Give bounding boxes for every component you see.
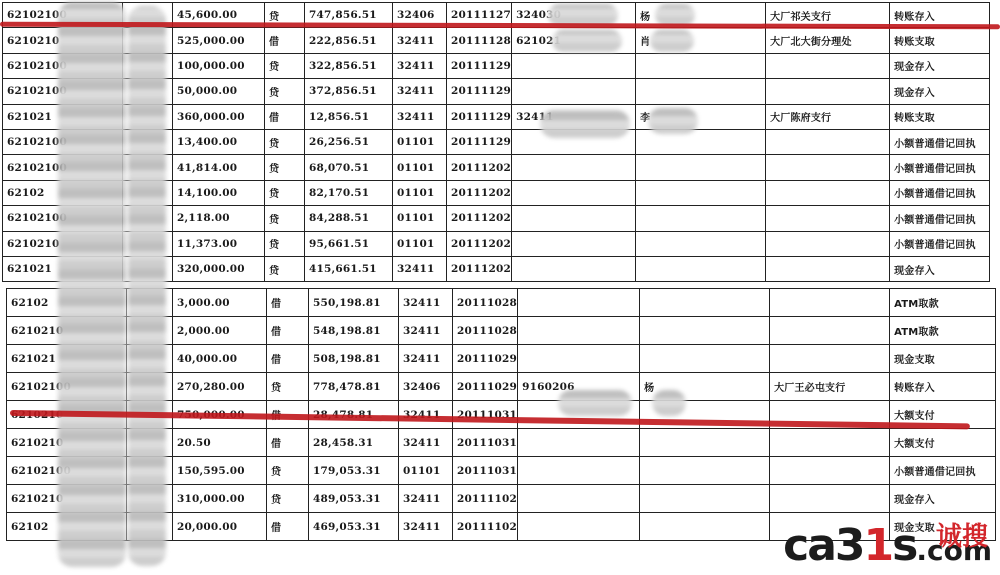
balance-cell: 778,478.81 [309, 373, 399, 401]
counterparty-name-cell [636, 180, 766, 205]
debit-credit-cell: 贷 [265, 155, 305, 180]
memo-cell: 小额普通借记回执 [890, 231, 990, 256]
code-cell: 32411 [393, 256, 447, 281]
watermark-suffix: s [892, 520, 916, 571]
date-cell: 20111129 [447, 129, 512, 154]
counterparty-account-cell [512, 206, 636, 231]
memo-cell: 大额支付 [890, 429, 996, 457]
debit-credit-cell: 贷 [265, 256, 305, 281]
debit-credit-cell: 借 [267, 317, 309, 345]
counterparty-bank-cell [766, 79, 890, 104]
counterparty-bank-cell [766, 231, 890, 256]
memo-cell: 小额普通借记回执 [890, 180, 990, 205]
counterparty-account-cell [512, 53, 636, 78]
balance-cell: 372,856.51 [305, 79, 393, 104]
counterparty-bank-cell [766, 180, 890, 205]
watermark-logo: 诚搜 ca31s.com [783, 520, 992, 571]
date-cell: 20111031 [453, 429, 518, 457]
counterparty-name-cell [640, 485, 770, 513]
amount-cell: 310,000.00 [173, 485, 267, 513]
balance-cell: 508,198.81 [309, 345, 399, 373]
date-cell: 20111102 [453, 513, 518, 541]
balance-cell: 548,198.81 [309, 317, 399, 345]
amount-cell: 50,000.00 [173, 79, 265, 104]
date-cell: 20111129 [447, 79, 512, 104]
memo-cell: 小额普通借记回执 [890, 457, 996, 485]
debit-credit-cell: 贷 [265, 206, 305, 231]
counterparty-account-cell [518, 457, 640, 485]
amount-cell: 20.50 [173, 429, 267, 457]
memo-cell: ATM取款 [890, 289, 996, 317]
counterparty-bank-cell [766, 155, 890, 180]
counterparty-name-cell [640, 345, 770, 373]
debit-credit-cell: 贷 [267, 457, 309, 485]
amount-cell: 150,595.00 [173, 457, 267, 485]
counterparty-bank-cell [770, 317, 890, 345]
code-cell: 01101 [393, 206, 447, 231]
amount-cell: 3,000.00 [173, 289, 267, 317]
counterparty-bank-cell [770, 485, 890, 513]
memo-cell: 小额普通借记回执 [890, 206, 990, 231]
privacy-mosaic-cp-account-2 [552, 30, 622, 52]
code-cell: 32411 [393, 28, 447, 53]
counterparty-account-cell [518, 485, 640, 513]
amount-cell: 320,000.00 [173, 256, 265, 281]
debit-credit-cell: 借 [267, 429, 309, 457]
counterparty-name-cell [636, 53, 766, 78]
amount-cell: 525,000.00 [173, 28, 265, 53]
debit-credit-cell: 借 [265, 104, 305, 129]
date-cell: 20111129 [447, 104, 512, 129]
date-cell: 20111031 [453, 401, 518, 429]
date-cell: 20111202 [447, 155, 512, 180]
counterparty-account-cell [512, 231, 636, 256]
code-cell: 32411 [399, 289, 453, 317]
amount-cell: 20,000.00 [173, 513, 267, 541]
counterparty-name-cell [640, 457, 770, 485]
balance-cell: 26,256.51 [305, 129, 393, 154]
balance-cell: 415,661.51 [305, 256, 393, 281]
balance-cell: 68,070.51 [305, 155, 393, 180]
counterparty-name-cell [640, 429, 770, 457]
balance-cell: 12,856.51 [305, 104, 393, 129]
balance-cell: 222,856.51 [305, 28, 393, 53]
counterparty-bank-cell [766, 206, 890, 231]
amount-cell: 14,100.00 [173, 180, 265, 205]
counterparty-account-cell [512, 256, 636, 281]
code-cell: 01101 [393, 129, 447, 154]
balance-cell: 84,288.51 [305, 206, 393, 231]
counterparty-account-cell [518, 429, 640, 457]
privacy-mosaic-cp-account-4 [558, 390, 632, 416]
date-cell: 20111202 [447, 256, 512, 281]
balance-cell: 95,661.51 [305, 231, 393, 256]
counterparty-account-cell [518, 289, 640, 317]
memo-cell: 现金存入 [890, 256, 990, 281]
counterparty-account-cell [518, 317, 640, 345]
balance-cell: 469,053.31 [309, 513, 399, 541]
debit-credit-cell: 贷 [265, 231, 305, 256]
amount-cell: 270,280.00 [173, 373, 267, 401]
memo-cell: 现金存入 [890, 485, 996, 513]
code-cell: 32411 [393, 53, 447, 78]
balance-cell: 179,053.31 [309, 457, 399, 485]
balance-cell: 28,458.31 [309, 429, 399, 457]
amount-cell: 13,400.00 [173, 129, 265, 154]
counterparty-name-cell [640, 317, 770, 345]
amount-cell: 40,000.00 [173, 345, 267, 373]
code-cell: 32411 [399, 513, 453, 541]
debit-credit-cell: 贷 [267, 485, 309, 513]
counterparty-account-cell [518, 345, 640, 373]
amount-cell: 2,118.00 [173, 206, 265, 231]
counterparty-name-cell [636, 155, 766, 180]
amount-cell: 11,373.00 [173, 231, 265, 256]
debit-credit-cell: 贷 [265, 53, 305, 78]
debit-credit-cell: 贷 [265, 129, 305, 154]
code-cell: 01101 [393, 155, 447, 180]
date-cell: 20111029 [453, 373, 518, 401]
debit-credit-cell: 贷 [265, 79, 305, 104]
date-cell: 20111029 [453, 345, 518, 373]
privacy-mosaic-left [58, 2, 126, 567]
debit-credit-cell: 贷 [265, 180, 305, 205]
amount-cell: 41,814.00 [173, 155, 265, 180]
counterparty-account-cell [512, 155, 636, 180]
counterparty-account-cell [512, 79, 636, 104]
counterparty-bank-cell [770, 345, 890, 373]
balance-cell: 82,170.51 [305, 180, 393, 205]
counterparty-name-cell [640, 513, 770, 541]
code-cell: 01101 [393, 180, 447, 205]
code-cell: 32411 [393, 104, 447, 129]
date-cell: 20111031 [453, 457, 518, 485]
balance-cell: 489,053.31 [309, 485, 399, 513]
privacy-mosaic-mid [128, 6, 166, 566]
debit-credit-cell: 借 [265, 28, 305, 53]
code-cell: 01101 [393, 231, 447, 256]
counterparty-bank-cell: 大厂王必屯支行 [770, 373, 890, 401]
code-cell: 32411 [399, 429, 453, 457]
debit-credit-cell: 借 [267, 513, 309, 541]
memo-cell: 小额普通借记回执 [890, 155, 990, 180]
counterparty-bank-cell [766, 256, 890, 281]
privacy-mosaic-cp-account-3 [540, 110, 630, 138]
counterparty-name-cell [636, 129, 766, 154]
code-cell: 32411 [399, 345, 453, 373]
date-cell: 20111102 [453, 485, 518, 513]
balance-cell: 322,856.51 [305, 53, 393, 78]
code-cell: 32411 [399, 485, 453, 513]
privacy-mosaic-cp-name-2 [650, 30, 694, 52]
counterparty-name-cell [636, 79, 766, 104]
memo-cell: 小额普通借记回执 [890, 129, 990, 154]
memo-cell: 转账支取 [890, 104, 990, 129]
counterparty-bank-cell [770, 429, 890, 457]
counterparty-bank-cell [770, 289, 890, 317]
counterparty-account-cell [518, 513, 640, 541]
counterparty-name-cell [636, 206, 766, 231]
counterparty-name-cell [636, 231, 766, 256]
memo-cell: 现金存入 [890, 79, 990, 104]
code-cell: 32411 [393, 79, 447, 104]
memo-cell: 转账存入 [890, 373, 996, 401]
counterparty-bank-cell [766, 129, 890, 154]
watermark-prefix: ca3 [783, 520, 863, 571]
code-cell: 01101 [399, 457, 453, 485]
code-cell: 32406 [399, 373, 453, 401]
privacy-mosaic-cp-name-3 [648, 108, 698, 134]
watermark-chinese: 诚搜 [936, 516, 988, 553]
date-cell: 20111202 [447, 206, 512, 231]
debit-credit-cell: 贷 [267, 373, 309, 401]
date-cell: 20111202 [447, 180, 512, 205]
debit-credit-cell: 借 [267, 345, 309, 373]
date-cell: 20111202 [447, 231, 512, 256]
counterparty-bank-cell [770, 457, 890, 485]
balance-cell: 550,198.81 [309, 289, 399, 317]
memo-cell: ATM取款 [890, 317, 996, 345]
privacy-mosaic-cp-name-4 [652, 390, 686, 416]
amount-cell: 360,000.00 [173, 104, 265, 129]
counterparty-account-cell [512, 180, 636, 205]
counterparty-name-cell [636, 256, 766, 281]
memo-cell: 转账支取 [890, 28, 990, 53]
amount-cell: 2,000.00 [173, 317, 267, 345]
date-cell: 20111028 [453, 317, 518, 345]
counterparty-name-cell [640, 289, 770, 317]
date-cell: 20111028 [453, 289, 518, 317]
code-cell: 32411 [399, 317, 453, 345]
watermark-accent: 1 [864, 520, 893, 571]
code-cell: 32411 [399, 401, 453, 429]
date-cell: 20111128 [447, 28, 512, 53]
counterparty-bank-cell [766, 53, 890, 78]
memo-cell: 现金支取 [890, 345, 996, 373]
memo-cell: 现金存入 [890, 53, 990, 78]
counterparty-bank-cell: 大厂北大街分理处 [766, 28, 890, 53]
date-cell: 20111129 [447, 53, 512, 78]
counterparty-bank-cell: 大厂陈府支行 [766, 104, 890, 129]
debit-credit-cell: 借 [267, 289, 309, 317]
amount-cell: 100,000.00 [173, 53, 265, 78]
